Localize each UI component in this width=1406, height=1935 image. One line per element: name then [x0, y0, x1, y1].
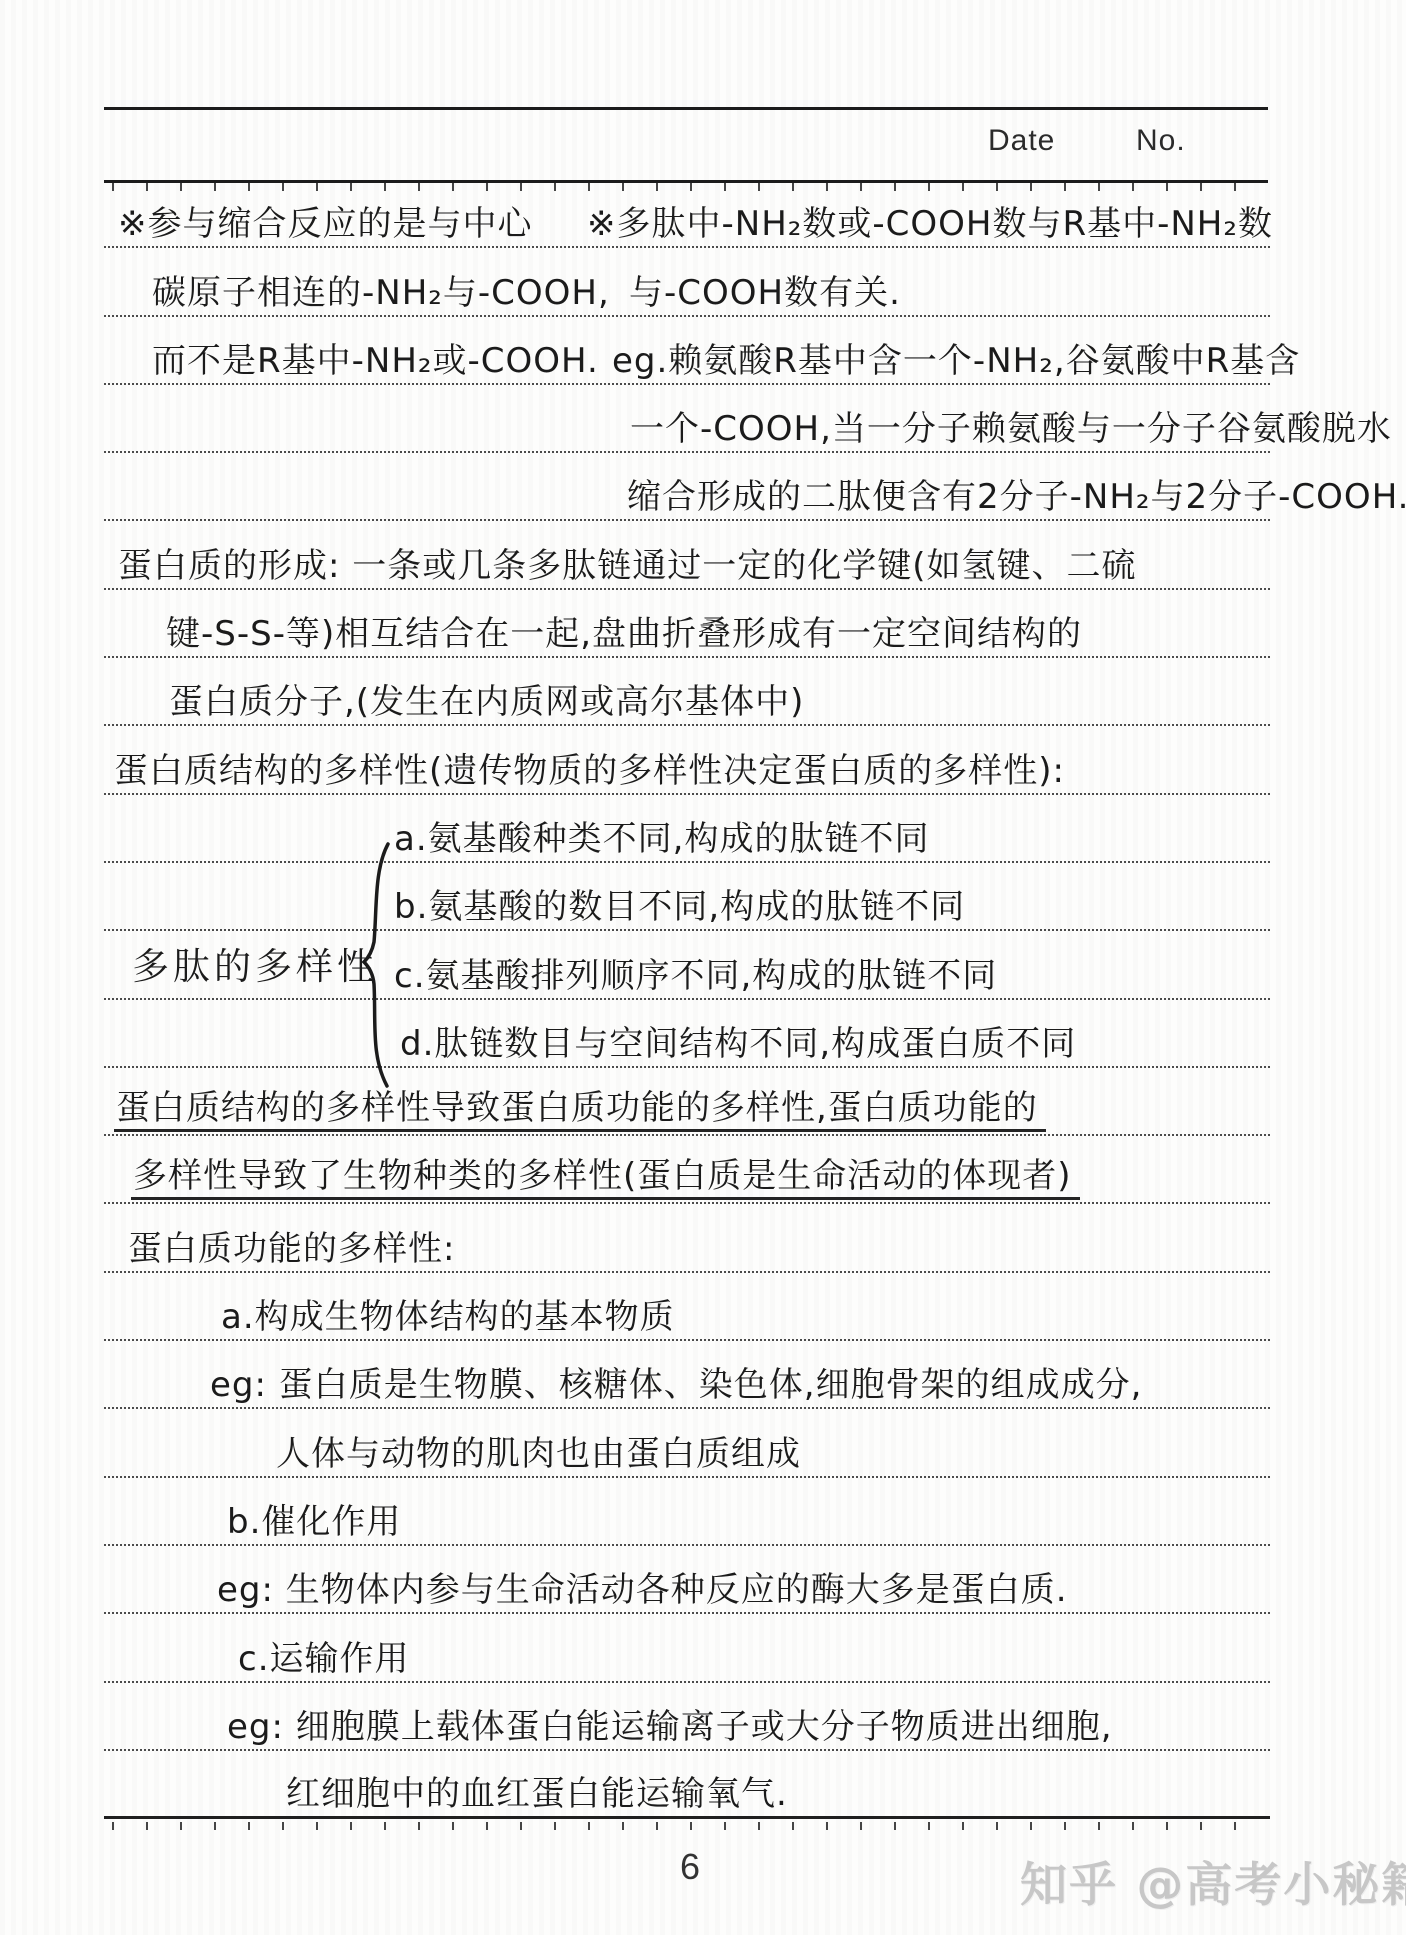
handwritten-text: 蛋白质结构的多样性(遗传物质的多样性决定蛋白质的多样性):	[114, 754, 1065, 788]
handwritten-text: ※参与缩合反应的是与中心	[118, 207, 533, 241]
tick-mark	[214, 1822, 216, 1830]
note-row: 蛋白质功能的多样性:	[104, 1205, 1270, 1273]
watermark: 知乎 @高考小秘籍	[1020, 1848, 1406, 1915]
tick-mark	[486, 1822, 488, 1830]
tick-mark	[894, 1822, 896, 1830]
tick-mark	[418, 1822, 420, 1830]
tick-mark	[520, 1822, 522, 1830]
page-top-rule	[104, 107, 1268, 110]
handwritten-text: 蛋白质分子,(发生在内质网或高尔基体中)	[169, 685, 804, 719]
tick-mark	[724, 1822, 726, 1830]
page-number: 6	[680, 1846, 700, 1888]
note-row: 蛋白质结构的多样性导致蛋白质功能的多样性,蛋白质功能的	[104, 1068, 1270, 1136]
tick-mark	[1030, 1822, 1032, 1830]
tick-mark	[1132, 1822, 1134, 1830]
note-row: a.氨基酸种类不同,构成的肽链不同	[104, 795, 1270, 863]
tick-mark	[792, 1822, 794, 1830]
handwritten-text: eg: 细胞膜上载体蛋白能运输离子或大分子物质进出细胞,	[227, 1710, 1113, 1744]
note-row: a.构成生物体结构的基本物质	[104, 1273, 1270, 1341]
note-row: 蛋白质的形成: 一条或几条多肽链通过一定的化学键(如氢键、二硫	[104, 522, 1270, 590]
handwritten-text: 蛋白质功能的多样性:	[128, 1232, 455, 1266]
handwritten-text: eg: 蛋白质是生物膜、核糖体、染色体,细胞骨架的组成成分,	[210, 1368, 1142, 1402]
note-row: 一个-COOH,当一分子赖氨酸与一分子谷氨酸脱水	[104, 385, 1270, 453]
tick-mark	[1064, 1822, 1066, 1830]
handwritten-text: 与-COOH数有关.	[629, 276, 901, 310]
tick-mark	[588, 1822, 590, 1830]
note-row: 蛋白质结构的多样性(遗传物质的多样性决定蛋白质的多样性):	[104, 726, 1270, 794]
tick-mark	[384, 1822, 386, 1830]
handwritten-text: a.氨基酸种类不同,构成的肽链不同	[394, 822, 929, 856]
tick-mark	[554, 1822, 556, 1830]
no-label: No.	[1136, 124, 1186, 158]
tick-mark	[350, 1822, 352, 1830]
handwritten-text: 碳原子相连的-NH₂与-COOH,	[152, 276, 610, 310]
tick-mark	[1234, 1822, 1236, 1830]
handwritten-text: d.肽链数目与空间结构不同,构成蛋白质不同	[400, 1027, 1076, 1061]
tick-mark	[316, 1822, 318, 1830]
handwritten-text: 而不是R基中-NH₂或-COOH.	[152, 344, 599, 378]
tick-mark	[112, 1822, 114, 1830]
tick-mark	[1200, 1822, 1202, 1830]
handwritten-text: 缩合形成的二肽便含有2分子-NH₂与2分子-COOH.	[627, 480, 1406, 514]
handwritten-text: 蛋白质结构的多样性导致蛋白质功能的多样性,蛋白质功能的	[114, 1091, 1046, 1132]
note-row: eg: 细胞膜上载体蛋白能运输离子或大分子物质进出细胞,	[104, 1683, 1270, 1751]
tick-mark	[180, 1822, 182, 1830]
handwritten-text: 一个-COOH,当一分子赖氨酸与一分子谷氨酸脱水	[630, 412, 1392, 446]
tick-mark	[1098, 1822, 1100, 1830]
note-row: eg: 蛋白质是生物膜、核糖体、染色体,细胞骨架的组成成分,	[104, 1341, 1270, 1409]
tick-mark	[1166, 1822, 1168, 1830]
handwritten-text: b.氨基酸的数目不同,构成的肽链不同	[394, 890, 965, 924]
tick-mark	[962, 1822, 964, 1830]
note-row: 人体与动物的肌肉也由蛋白质组成	[104, 1409, 1270, 1477]
note-row: 红细胞中的血红蛋白能运输氧气.	[104, 1751, 1270, 1819]
handwritten-text: eg: 生物体内参与生命活动各种反应的酶大多是蛋白质.	[217, 1573, 1068, 1607]
handwritten-text: 键-S-S-等)相互结合在一起,盘曲折叠形成有一定空间结构的	[166, 617, 1082, 651]
handwritten-text: 多样性导致了生物种类的多样性(蛋白质是生命活动的体现者)	[131, 1159, 1080, 1200]
handwritten-text: ※多肽中-NH₂数或-COOH数与R基中-NH₂数	[587, 207, 1273, 241]
tick-mark	[690, 1822, 692, 1830]
note-row: eg: 生物体内参与生命活动各种反应的酶大多是蛋白质.	[104, 1546, 1270, 1614]
handwritten-text: eg.赖氨酸R基中含一个-NH₂,谷氨酸中R基含	[612, 344, 1300, 378]
tick-mark	[452, 1822, 454, 1830]
handwritten-text: b.催化作用	[227, 1505, 401, 1539]
tick-mark	[146, 1822, 148, 1830]
tick-mark	[860, 1822, 862, 1830]
note-row: 碳原子相连的-NH₂与-COOH,与-COOH数有关.	[104, 248, 1270, 316]
date-label: Date	[988, 124, 1055, 158]
handwritten-text: 红细胞中的血红蛋白能运输氧气.	[286, 1777, 788, 1811]
tick-mark	[996, 1822, 998, 1830]
note-row: 键-S-S-等)相互结合在一起,盘曲折叠形成有一定空间结构的	[104, 590, 1270, 658]
brace-label: 多肽的多样性	[132, 936, 378, 990]
tick-mark	[656, 1822, 658, 1830]
note-row: 而不是R基中-NH₂或-COOH.eg.赖氨酸R基中含一个-NH₂,谷氨酸中R基…	[104, 317, 1270, 385]
tick-mark	[758, 1822, 760, 1830]
note-row: b.氨基酸的数目不同,构成的肽链不同	[104, 863, 1270, 931]
handwritten-text: c.氨基酸排列顺序不同,构成的肽链不同	[394, 959, 997, 993]
handwritten-text: c.运输作用	[238, 1642, 410, 1676]
notebook-page: Date No. ※参与缩合反应的是与中心※多肽中-NH₂数或-COOH数与R基…	[0, 0, 1406, 1935]
tick-mark	[826, 1822, 828, 1830]
tick-mark	[248, 1822, 250, 1830]
note-row: b.催化作用	[104, 1478, 1270, 1546]
handwritten-text: 人体与动物的肌肉也由蛋白质组成	[276, 1437, 801, 1471]
tick-mark	[282, 1822, 284, 1830]
handwritten-text: 蛋白质的形成: 一条或几条多肽链通过一定的化学键(如氢键、二硫	[118, 549, 1137, 583]
note-row: 蛋白质分子,(发生在内质网或高尔基体中)	[104, 658, 1270, 726]
note-row: 缩合形成的二肽便含有2分子-NH₂与2分子-COOH.	[104, 453, 1270, 521]
note-row: d.肽链数目与空间结构不同,构成蛋白质不同	[104, 1000, 1270, 1068]
note-row: ※参与缩合反应的是与中心※多肽中-NH₂数或-COOH数与R基中-NH₂数	[104, 180, 1270, 248]
note-row: c.运输作用	[104, 1614, 1270, 1682]
tick-mark	[928, 1822, 930, 1830]
note-row: 多样性导致了生物种类的多样性(蛋白质是生命活动的体现者)	[104, 1136, 1270, 1204]
tick-mark	[622, 1822, 624, 1830]
handwritten-text: a.构成生物体结构的基本物质	[221, 1300, 675, 1334]
